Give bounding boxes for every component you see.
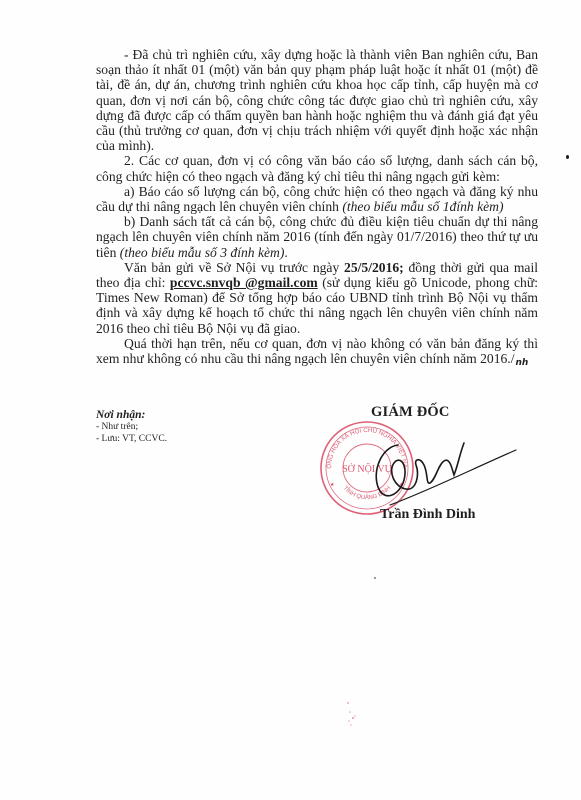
recipient-item: - Như trên; <box>96 422 167 434</box>
item-b-form-ref: (theo biểu mẫu số 3 đính kèm) <box>120 245 285 260</box>
paragraph-item-b: b) Danh sách tất cả cán bộ, công chức đủ… <box>96 214 538 260</box>
scan-speck <box>374 577 376 579</box>
item-b-end: . <box>284 245 287 260</box>
email-link[interactable]: pccvc.snvqb @gmail.com <box>170 275 318 290</box>
document-body: - Đã chủ trì nghiên cứu, xây dựng hoặc l… <box>96 47 538 371</box>
signature-icon <box>360 425 520 515</box>
submission-text-a: Văn bản gửi về Sở Nội vụ trước ngày <box>124 260 344 275</box>
document-page: - Đã chủ trì nghiên cứu, xây dựng hoặc l… <box>0 0 581 800</box>
recipients-title: Nơi nhận: <box>96 409 167 422</box>
closing-text: Quá thời hạn trên, nếu cơ quan, đơn vị n… <box>96 336 538 366</box>
svg-text:★: ★ <box>330 482 335 488</box>
paragraph-closing: Quá thời hạn trên, nếu cơ quan, đơn vị n… <box>96 336 538 371</box>
paragraph-item-a: a) Báo cáo số lượng cán bộ, công chức hi… <box>96 184 538 214</box>
paragraph-submission: Văn bản gửi về Sở Nội vụ trước ngày 25/5… <box>96 260 538 336</box>
deadline-date: 25/5/2016; <box>344 260 404 275</box>
paragraph-criteria: - Đã chủ trì nghiên cứu, xây dựng hoặc l… <box>96 47 538 153</box>
recipients-block: Nơi nhận: - Như trên; - Lưu: VT, CCVC. <box>96 409 167 445</box>
stamp-ink-residue <box>338 700 368 735</box>
item-a-form-ref: (theo biểu mẫu số 1đính kèm) <box>342 199 503 214</box>
scan-speck <box>566 155 569 159</box>
signer-name: Trần Đình Dinh <box>380 507 475 523</box>
handwritten-initials: nh <box>515 358 528 368</box>
recipient-item: - Lưu: VT, CCVC. <box>96 434 167 446</box>
paragraph-item-2: 2. Các cơ quan, đơn vị có công văn báo c… <box>96 153 538 183</box>
